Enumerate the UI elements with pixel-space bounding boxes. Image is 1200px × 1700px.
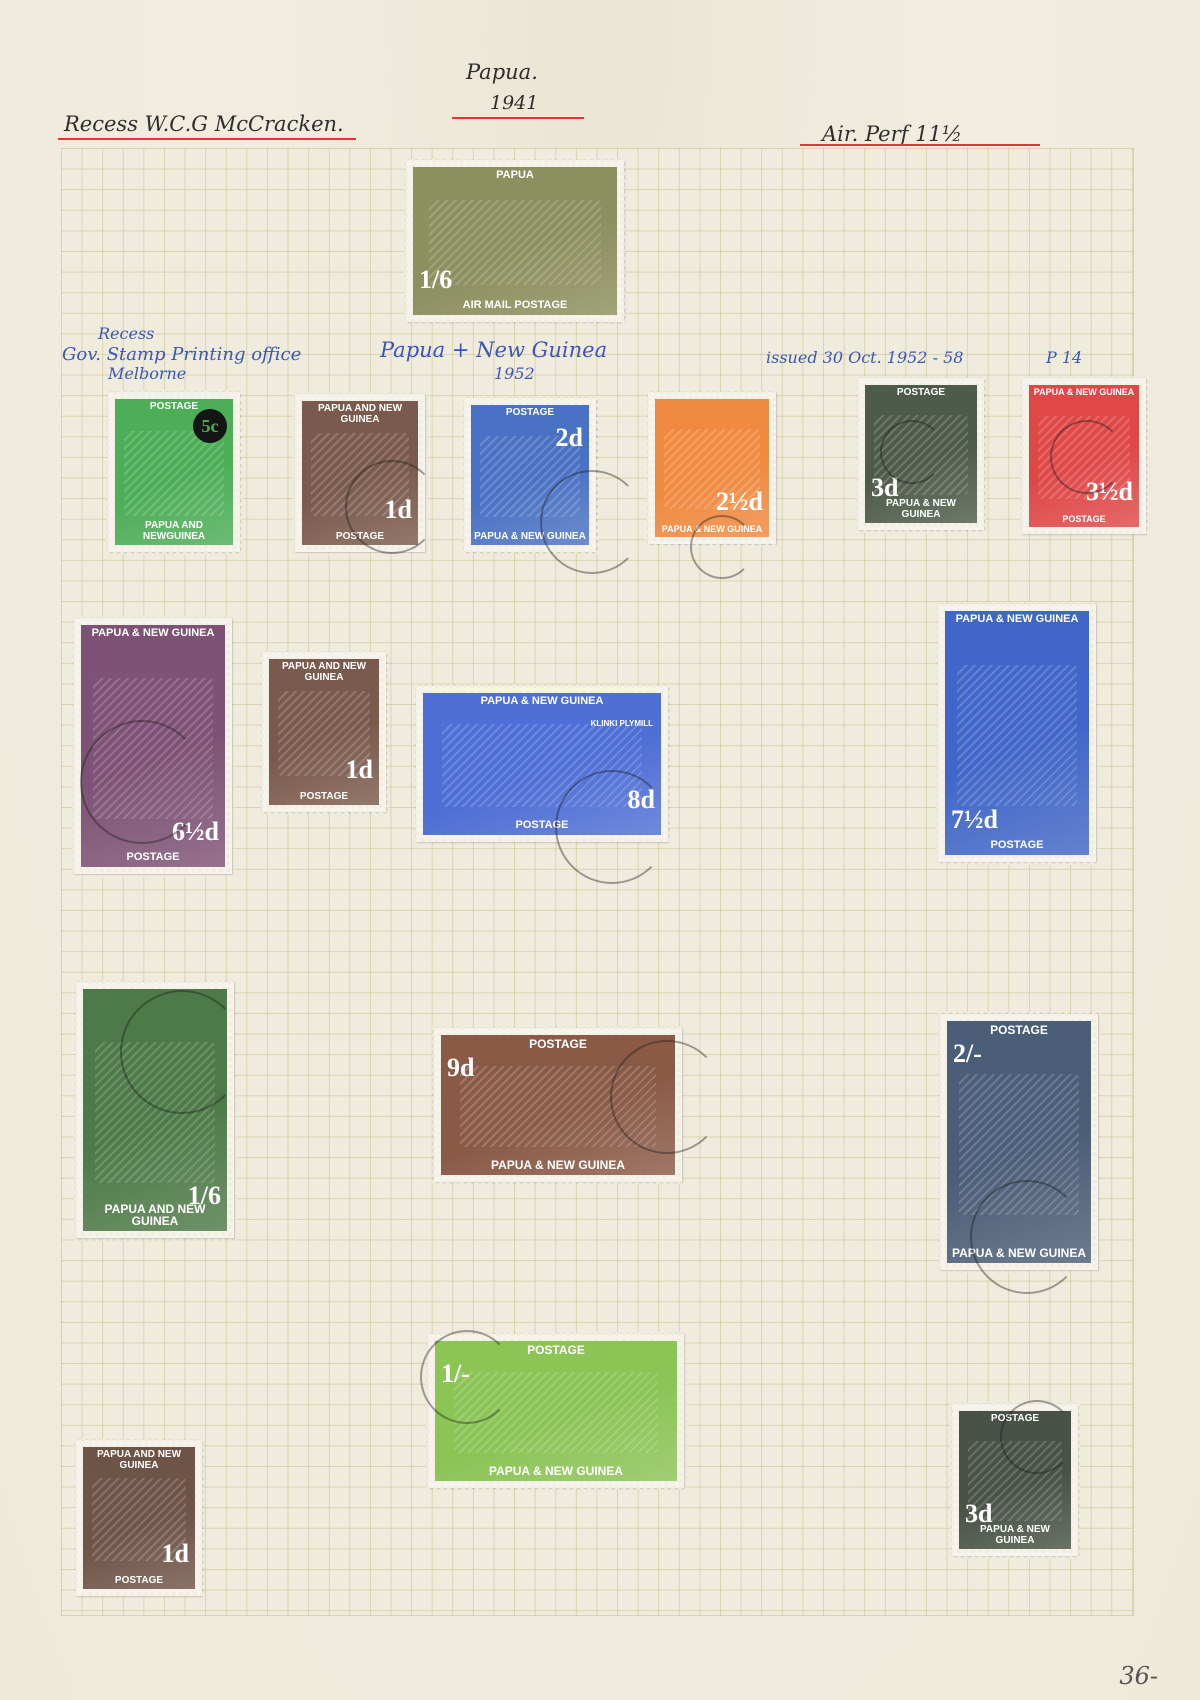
stamp-value: 9d — [447, 1055, 474, 1081]
stamp-value: 3d — [965, 1501, 992, 1527]
stamp-water-carriers-1d-b: PAPUA AND NEW GUINEAPOSTAGE1d — [262, 652, 386, 812]
stamp-vignette — [429, 200, 600, 286]
stamp-top-inscription: POSTAGE — [148, 399, 200, 416]
stamp-design: PAPUA & NEW GUINEAPOSTAGE6½d — [81, 625, 225, 867]
stamp-value: 1d — [162, 1541, 189, 1567]
stamp-design: POSTAGEPAPUA & NEW GUINEA1/- — [435, 1341, 677, 1481]
heading-airmail-perf: Air. Perf 11½ — [822, 122, 962, 146]
stamp-value: 3½d — [1086, 479, 1133, 505]
note-printer-3: Melborne — [108, 364, 186, 383]
stamp-top-inscription: PAPUA & NEW GUINEA — [1032, 385, 1137, 400]
stamp-design: PAPUA & NEW GUINEAPOSTAGE7½d — [945, 611, 1089, 855]
stamp-value: 6½d — [172, 819, 219, 845]
stamp-klinki-plymill-8d: PAPUA & NEW GUINEAKLINKI PLYMILLPOSTAGE8… — [416, 686, 668, 842]
stamp-bottom-inscription: PAPUA & NEW GUINEA — [660, 522, 765, 537]
stamp-bottom-inscription: POSTAGE — [298, 789, 350, 806]
stamp-top-inscription: POSTAGE — [989, 1411, 1041, 1428]
stamp-kiriwina-hut-6-5d: PAPUA & NEW GUINEAPOSTAGE6½d — [74, 618, 232, 874]
stamp-value: 1/6 — [188, 1183, 221, 1209]
stamp-value: 5c — [193, 409, 227, 443]
stamp-value: 1d — [385, 497, 412, 523]
stamp-top-inscription: PAPUA AND NEW GUINEA — [302, 401, 418, 428]
note-year: 1952 — [494, 364, 535, 383]
heading-country: Papua. — [466, 60, 538, 84]
stamp-water-carriers-1d-c: PAPUA AND NEW GUINEAPOSTAGE1d — [76, 1440, 202, 1596]
page-number: 36- — [1119, 1662, 1158, 1690]
stamp-design: POSTAGEPAPUA AND NEWGUINEA5c — [115, 399, 233, 545]
stamp-value: 1/- — [441, 1361, 470, 1387]
stamp-bottom-inscription: POSTAGE — [514, 817, 571, 835]
heading-printer-underline — [58, 138, 356, 140]
stamp-lakatoi-1s: POSTAGEPAPUA & NEW GUINEA1/- — [428, 1334, 684, 1488]
stamp-top-inscription: PAPUA AND NEW GUINEA — [83, 1447, 195, 1474]
stamp-bottom-inscription: PAPUA & NEW GUINEA — [489, 1156, 627, 1175]
stamp-vignette — [460, 1066, 657, 1147]
note-printer-2: Gov. Stamp Printing office — [62, 344, 301, 365]
stamp-top-inscription — [710, 399, 714, 405]
heading-year-underline — [452, 117, 584, 119]
stamp-design: POSTAGEPAPUA & NEW GUINEA9d — [441, 1035, 675, 1175]
stamp-rubber-tapping-1s6d: PAPUA AND NEW GUINEA1/6 — [76, 982, 234, 1238]
stamp-headdress-3-5d: PAPUA & NEW GUINEAPOSTAGE3½d — [1022, 378, 1146, 534]
stamp-value: 7½d — [951, 807, 998, 833]
stamp-bottom-inscription: POSTAGE — [125, 849, 182, 867]
note-country: Papua + New Guinea — [380, 338, 607, 362]
stamp-vignette — [959, 1074, 1080, 1214]
stamp-vignette — [93, 678, 214, 818]
stamp-bottom-inscription: AIR MAIL POSTAGE — [461, 297, 570, 315]
heading-year: 1941 — [490, 92, 538, 114]
stamp-top-inscription: POSTAGE — [988, 1021, 1050, 1040]
stamp-bottom-inscription: PAPUA & NEW GUINEA — [950, 1244, 1088, 1263]
stamp-top-inscription — [153, 989, 157, 995]
stamp-value: 2/- — [953, 1041, 982, 1067]
stamp-bottom-inscription: POSTAGE — [113, 1573, 165, 1590]
stamp-top-inscription: POSTAGE — [525, 1341, 587, 1360]
stamp-vignette — [957, 665, 1078, 807]
stamp-value: 3d — [871, 475, 898, 501]
stamp-top-inscription: POSTAGE — [895, 385, 947, 402]
stamp-airmail-1s6d: PAPUAAIR MAIL POSTAGE1/6 — [406, 160, 624, 322]
stamp-bottom-inscription: POSTAGE — [1060, 512, 1107, 527]
stamp-top-inscription: POSTAGE — [527, 1035, 589, 1054]
stamp-value: 2d — [556, 425, 583, 451]
stamp-bottom-inscription: PAPUA & NEW GUINEA — [472, 529, 588, 546]
stamp-water-carriers-1d-a: PAPUA AND NEW GUINEAPOSTAGE1d — [295, 394, 425, 552]
stamp-design: PAPUA AND NEW GUINEA1/6 — [83, 989, 227, 1231]
stamp-value: 8d — [628, 787, 655, 813]
stamp-value: 2½d — [716, 489, 763, 515]
stamp-top-inscription: PAPUA & NEW GUINEA — [90, 625, 217, 643]
stamp-bottom-inscription: POSTAGE — [334, 529, 386, 546]
stamp-copra-9d: POSTAGEPAPUA & NEW GUINEA9d — [434, 1028, 682, 1182]
stamp-bottom-inscription: PAPUA & NEW GUINEA — [487, 1462, 625, 1481]
stamp-bird-of-paradise-2-5d: PAPUA & NEW GUINEA2½d — [648, 392, 776, 544]
note-printer-1: Recess — [98, 324, 154, 343]
stamp-design: PAPUA & NEW GUINEAPOSTAGE3½d — [1029, 385, 1139, 527]
stamp-value: 1d — [346, 757, 373, 783]
stamp-yam-house-7-5d: PAPUA & NEW GUINEAPOSTAGE7½d — [938, 604, 1096, 862]
stamp-design: POSTAGEPAPUA & NEW GUINEA2d — [471, 405, 589, 545]
stamp-value: 1/6 — [419, 267, 452, 293]
stamp-top-inscription: PAPUA AND NEW GUINEA — [269, 659, 379, 686]
stamp-design: PAPUA AND NEW GUINEAPOSTAGE1d — [302, 401, 418, 545]
stamp-policeman-3d-b: POSTAGEPAPUA & NEW GUINEA3d — [952, 1404, 1078, 1556]
heading-printer: Recess W.C.G McCracken. — [64, 112, 344, 136]
stamp-top-inscription: PAPUA & NEW GUINEA — [954, 611, 1081, 629]
stamp-boy-2d: POSTAGEPAPUA & NEW GUINEA2d — [464, 398, 596, 552]
stamp-policeman-3d-a: POSTAGEPAPUA & NEW GUINEA3d — [858, 378, 984, 530]
stamp-caption: KLINKI PLYMILL — [591, 719, 653, 728]
note-issue-dates: issued 30 Oct. 1952 - 58 — [766, 348, 963, 367]
stamp-design: PAPUAAIR MAIL POSTAGE1/6 — [413, 167, 617, 315]
stamp-top-inscription: PAPUA & NEW GUINEA — [479, 693, 606, 711]
stamp-design: POSTAGEPAPUA & NEW GUINEA3d — [959, 1411, 1071, 1549]
stamp-vignette — [442, 724, 642, 806]
stamp-design: POSTAGEPAPUA & NEW GUINEA2/- — [947, 1021, 1091, 1263]
stamp-vignette — [124, 431, 223, 516]
stamp-masks-2s: POSTAGEPAPUA & NEW GUINEA2/- — [940, 1014, 1098, 1270]
note-perforation: P 14 — [1046, 348, 1082, 367]
heading-airmail-underline — [800, 144, 1040, 146]
stamp-bottom-inscription: PAPUA AND NEWGUINEA — [115, 518, 233, 545]
stamp-tree-kangaroo-5c: POSTAGEPAPUA AND NEWGUINEA5c — [108, 392, 240, 552]
stamp-bottom-inscription: POSTAGE — [989, 837, 1046, 855]
stamp-top-inscription: POSTAGE — [504, 405, 556, 422]
stamp-design: PAPUA & NEW GUINEA2½d — [655, 399, 769, 537]
stamp-vignette — [454, 1372, 657, 1453]
stamp-design: PAPUA & NEW GUINEAKLINKI PLYMILLPOSTAGE8… — [423, 693, 661, 835]
stamp-top-inscription: PAPUA — [494, 167, 536, 185]
stamp-vignette — [95, 1042, 216, 1182]
stamp-design: PAPUA AND NEW GUINEAPOSTAGE1d — [83, 1447, 195, 1589]
stamp-design: PAPUA AND NEW GUINEAPOSTAGE1d — [269, 659, 379, 805]
stamp-design: POSTAGEPAPUA & NEW GUINEA3d — [865, 385, 977, 523]
